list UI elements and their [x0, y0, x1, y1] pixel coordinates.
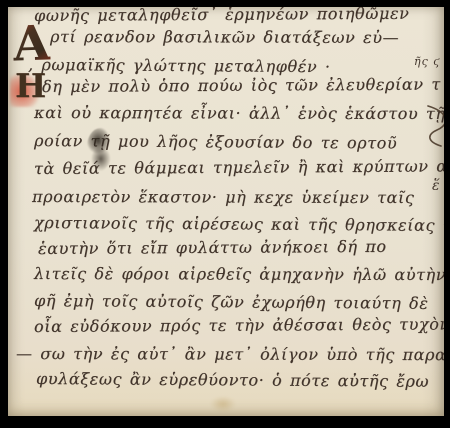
text-line-11: λιτεῖς δὲ φόροι αἱρεθεῖς ἀμηχανὴν ἡλῶ αὐ… [34, 263, 444, 286]
parchment-stain [210, 396, 236, 412]
text-line-10: ἑαυτὴν ὅτι εἴπ φυλάττω ἀνήκοει δή πο [38, 236, 387, 260]
text-line-8: προαιρετὸν ἕκαστον· μὴ κεχε ὑκείμεν ταῖς [32, 186, 414, 209]
text-line-5: καὶ οὐ καρπητέα εἶναι· ἀλλ᾽ ἑνὸς ἑκάστου… [34, 102, 444, 125]
text-line-14: — σω τὴν ἐς αὐτ᾽ ἂν μετ᾽ ὀλίγον ὑπὸ τῆς … [16, 343, 444, 366]
text-line-4: δη μὲν πολὺ ὁπο πούω ἰὸς τῶν ἐλευθερίαν … [42, 74, 441, 98]
rubricated-drop-cap-alpha: Α [12, 19, 51, 68]
text-line-9: χριστιανοῖς τῆς αἱρέσεως καὶ τῆς θρησκεί… [34, 212, 444, 237]
margin-flourish [422, 102, 444, 150]
text-line-13: οἷα εὐδόκουν πρός τε τὴν ἀθέσσαι θεὸς τυ… [34, 313, 444, 338]
superscript-abbreviation: ἕ [432, 178, 440, 194]
manuscript-page: φωνῆς μεταληφθεῖσ᾽ ἑρμηνέων ποιηθῶμεν ρτ… [8, 7, 444, 416]
text-line-12: φῆ ἐμὴ τοῖς αὐτοῖς ζῶν ἐχωρήθη τοιαύτη δ… [34, 290, 429, 315]
text-block: φωνῆς μεταληφθεῖσ᾽ ἑρμηνέων ποιηθῶμεν ρτ… [8, 7, 444, 416]
text-line-2: ρτί ρεανδον βασιλικῶν διατάξεων εὐ— [50, 26, 399, 49]
superscript-abbreviation: ῆς ϛ [414, 55, 440, 68]
text-line-1: φωνῆς μεταληφθεῖσ᾽ ἑρμηνέων ποιηθῶμεν [34, 7, 410, 27]
rubricated-initial-eta: Η [15, 69, 46, 102]
photo-frame: φωνῆς μεταληφθεῖσ᾽ ἑρμηνέων ποιηθῶμεν ρτ… [0, 0, 450, 428]
text-line-15: φυλάξεως ἂν εὑρεθύοντο· ὁ πότε αὐτῆς ἔρω [36, 368, 429, 393]
